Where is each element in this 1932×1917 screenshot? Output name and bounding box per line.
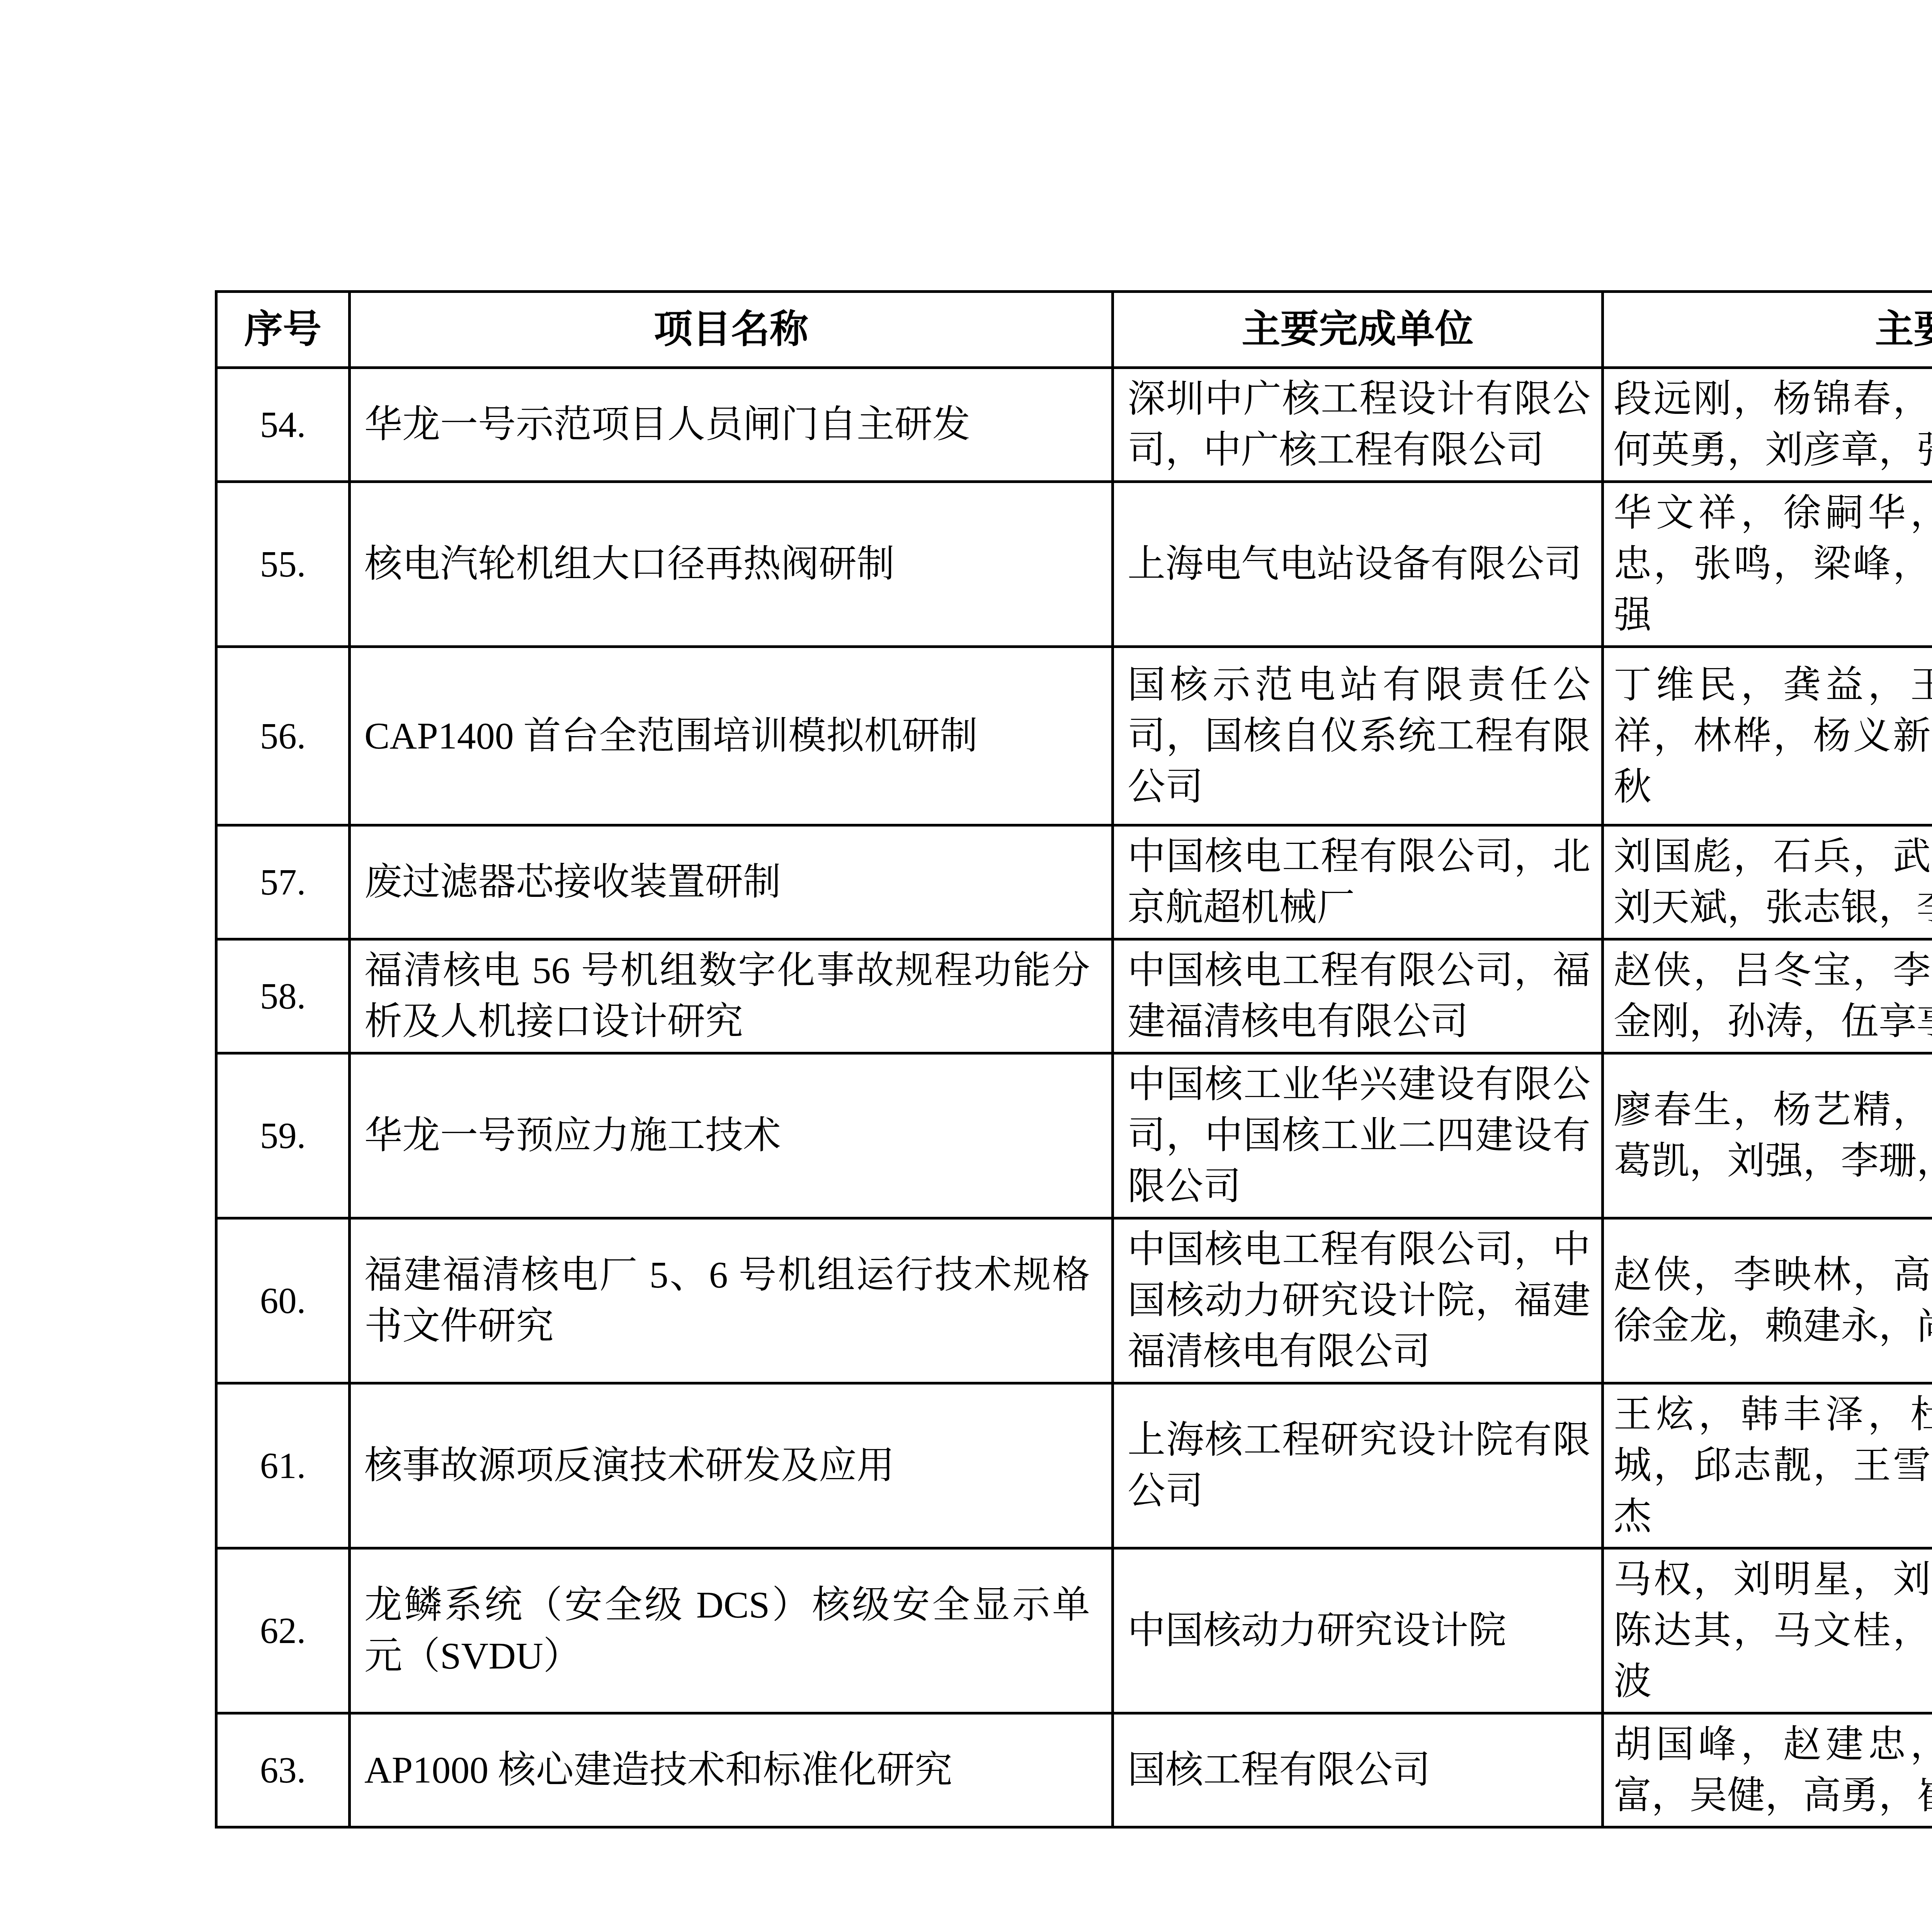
table-row: 56.CAP1400 首台全范围培训模拟机研制国核示范电站有限责任公司，国核自仪… bbox=[216, 647, 1932, 825]
units-cell: 中国核电工程有限公司，福建福清核电有限公司 bbox=[1113, 939, 1603, 1053]
row-number-cell: 60. bbox=[216, 1218, 350, 1383]
project-name-cell: 华龙一号预应力施工技术 bbox=[350, 1053, 1113, 1218]
project-name-cell: 废过滤器芯接收装置研制 bbox=[350, 825, 1113, 939]
table-row: 58.福清核电 56 号机组数字化事故规程功能分析及人机接口设计研究中国核电工程… bbox=[216, 939, 1932, 1053]
table-row: 55.核电汽轮机组大口径再热阀研制上海电气电站设备有限公司华文祥，徐嗣华，栗勇，… bbox=[216, 482, 1932, 647]
project-name-cell: 核电汽轮机组大口径再热阀研制 bbox=[350, 482, 1113, 647]
row-number-cell: 55. bbox=[216, 482, 350, 647]
table-row: 63.AP1000 核心建造技术和标准化研究国核工程有限公司胡国峰，赵建忠，赵福… bbox=[216, 1713, 1932, 1827]
row-number-cell: 62. bbox=[216, 1548, 350, 1713]
header-project-name: 项目名称 bbox=[350, 292, 1113, 368]
project-name-cell: CAP1400 首台全范围培训模拟机研制 bbox=[350, 647, 1113, 825]
header-main-contributors: 主要完成人 bbox=[1603, 292, 1932, 368]
people-cell: 刘国彪，石兵，武长清，丁磊，张耀春，刘天斌，张志银，李媛，王晓江，郭建伟 bbox=[1603, 825, 1932, 939]
row-number-cell: 54. bbox=[216, 368, 350, 482]
units-cell: 中国核动力研究设计院 bbox=[1113, 1548, 1603, 1713]
table-header: 序号 项目名称 主要完成单位 主要完成人 获奖等级 bbox=[216, 292, 1932, 368]
units-cell: 上海核工程研究设计院有限公司 bbox=[1113, 1383, 1603, 1548]
header-main-units: 主要完成单位 bbox=[1113, 292, 1603, 368]
table-row: 54.华龙一号示范项目人员闸门自主研发深圳中广核工程设计有限公司，中广核工程有限… bbox=[216, 368, 1932, 482]
row-number-cell: 59. bbox=[216, 1053, 350, 1218]
people-cell: 华文祥，徐嗣华，栗勇，缪圣尧，贺小忠，张鸣，梁峰，石兆元，万才强，胡志强 bbox=[1603, 482, 1932, 647]
project-name-cell: 福清核电 56 号机组数字化事故规程功能分析及人机接口设计研究 bbox=[350, 939, 1113, 1053]
project-name-cell: 福建福清核电厂 5、6 号机组运行技术规格书文件研究 bbox=[350, 1218, 1113, 1383]
units-cell: 深圳中广核工程设计有限公司，中广核工程有限公司 bbox=[1113, 368, 1603, 482]
row-number-cell: 58. bbox=[216, 939, 350, 1053]
units-cell: 中国核工业华兴建设有限公司，中国核工业二四建设有限公司 bbox=[1113, 1053, 1603, 1218]
header-serial-number: 序号 bbox=[216, 292, 350, 368]
people-cell: 赵侠，李映林，高超，王华金，杨晓燕，徐金龙，赖建永，尚臣，陈鹏，孙涛 bbox=[1603, 1218, 1932, 1383]
units-cell: 国核示范电站有限责任公司，国核自仪系统工程有限公司 bbox=[1113, 647, 1603, 825]
table-row: 62.龙鳞系统（安全级 DCS）核级安全显示单元（SVDU）中国核动力研究设计院… bbox=[216, 1548, 1932, 1713]
people-cell: 廖春生，杨艺精，向群，邵克军，王鑫，葛凯，刘强，李珊，杨忠勇，翟端奇 bbox=[1603, 1053, 1932, 1218]
row-number-cell: 56. bbox=[216, 647, 350, 825]
units-cell: 国核工程有限公司 bbox=[1113, 1713, 1603, 1827]
table-row: 60.福建福清核电厂 5、6 号机组运行技术规格书文件研究中国核电工程有限公司，… bbox=[216, 1218, 1932, 1383]
table-row: 57.废过滤器芯接收装置研制中国核电工程有限公司，北京航超机械厂刘国彪，石兵，武… bbox=[216, 825, 1932, 939]
people-cell: 赵侠，吕冬宝，李力，刘海宇，陆斌，朱金刚，孙涛，伍享享，李骜，赵思桥 bbox=[1603, 939, 1932, 1053]
project-name-cell: 核事故源项反演技术研发及应用 bbox=[350, 1383, 1113, 1548]
row-number-cell: 57. bbox=[216, 825, 350, 939]
people-cell: 段远刚，杨锦春，张峰，谢洪虎，詹静，何英勇，刘彦章，张健，张锡春，宋玉军 bbox=[1603, 368, 1932, 482]
project-name-cell: 华龙一号示范项目人员闸门自主研发 bbox=[350, 368, 1113, 482]
people-cell: 王炫，韩丰泽，杜风雷，黄晓冬，傅小城，邱志靓，王雪，裴娟，印舒蔚，鲍文杰 bbox=[1603, 1383, 1932, 1548]
units-cell: 中国核电工程有限公司，北京航超机械厂 bbox=[1113, 825, 1603, 939]
table-row: 59.华龙一号预应力施工技术中国核工业华兴建设有限公司，中国核工业二四建设有限公… bbox=[216, 1053, 1932, 1218]
units-cell: 上海电气电站设备有限公司 bbox=[1113, 482, 1603, 647]
table-body: 54.华龙一号示范项目人员闸门自主研发深圳中广核工程设计有限公司，中广核工程有限… bbox=[216, 368, 1932, 1827]
header-row: 序号 项目名称 主要完成单位 主要完成人 获奖等级 bbox=[216, 292, 1932, 368]
units-cell: 中国核电工程有限公司，中国核动力研究设计院，福建福清核电有限公司 bbox=[1113, 1218, 1603, 1383]
document-page: 序号 项目名称 主要完成单位 主要完成人 获奖等级 54.华龙一号示范项目人员闸… bbox=[0, 0, 1932, 1917]
project-name-cell: AP1000 核心建造技术和标准化研究 bbox=[350, 1713, 1113, 1827]
awards-table: 序号 项目名称 主要完成单位 主要完成人 获奖等级 54.华龙一号示范项目人员闸… bbox=[215, 290, 1932, 1829]
table-row: 61.核事故源项反演技术研发及应用上海核工程研究设计院有限公司王炫，韩丰泽，杜风… bbox=[216, 1383, 1932, 1548]
row-number-cell: 61. bbox=[216, 1383, 350, 1548]
people-cell: 丁维民，龚益，王璟增，王云伟，蔡根祥，林桦，杨义新，王黎泽，陈谦，金砚秋 bbox=[1603, 647, 1932, 825]
people-cell: 胡国峰，赵建忠，赵福贵，王伟，刘纯富，吴健，高勇，崔勇男，尹清斌，侯庆 bbox=[1603, 1713, 1932, 1827]
row-number-cell: 63. bbox=[216, 1713, 350, 1827]
people-cell: 马权，刘明星，刘明明，赵洋，刘艳阳，陈达其，马文桂，吴志强，韩文兴，谢维波 bbox=[1603, 1548, 1932, 1713]
project-name-cell: 龙鳞系统（安全级 DCS）核级安全显示单元（SVDU） bbox=[350, 1548, 1113, 1713]
